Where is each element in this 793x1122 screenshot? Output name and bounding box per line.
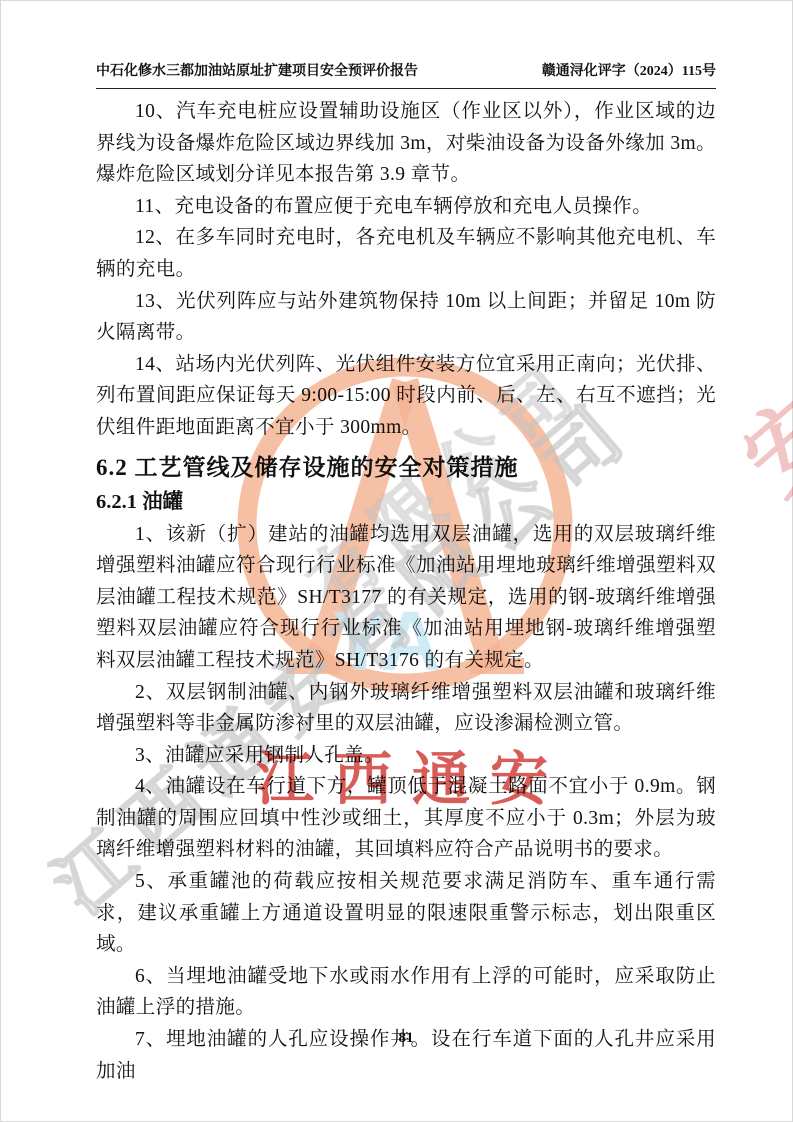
paragraph-item-12: 12、在多车同时充电时，各充电机及车辆应不影响其他充电机、车辆的充电。 <box>96 222 716 285</box>
page-body: 10、汽车充电桩应设置辅助设施区（作业区以外），作业区域的边界线为设备爆炸危险区… <box>96 96 716 1087</box>
paragraph-tank-2: 2、双层钢制油罐、内钢外玻璃纤维增强塑料双层油罐和玻璃纤维增强塑料等非金属防渗衬… <box>96 677 716 740</box>
paragraph-tank-6: 6、当埋地油罐受地下水或雨水作用有上浮的可能时，应采取防止油罐上浮的措施。 <box>96 961 716 1024</box>
section-heading-6-2: 6.2 工艺管线及储存设施的安全对策措施 <box>96 451 716 485</box>
paragraph-item-13: 13、光伏列阵应与站外建筑物保持 10m 以上间距；并留足 10m 防火隔离带。 <box>96 286 716 349</box>
edge-red-watermark-fragment: 安 <box>710 358 793 518</box>
report-page: 中石化修水三都加油站原址扩建项目安全预评价报告 赣通浔化评字（2024）115号… <box>0 0 793 1122</box>
paragraph-item-14: 14、站场内光伏列阵、光伏组件安装方位宜采用正南向；光伏排、列布置间距应保证每天… <box>96 349 716 444</box>
page-header: 中石化修水三都加油站原址扩建项目安全预评价报告 赣通浔化评字（2024）115号 <box>96 60 716 89</box>
header-doc-number: 赣通浔化评字（2024）115号 <box>542 60 716 80</box>
paragraph-tank-4: 4、油罐设在车行道下方，罐顶低于混凝土路面不宜小于 0.9m。钢制油罐的周围应回… <box>96 771 716 866</box>
page-number: 81 <box>96 1030 716 1047</box>
header-report-title: 中石化修水三都加油站原址扩建项目安全预评价报告 <box>96 60 418 80</box>
paragraph-tank-1: 1、该新（扩）建站的油罐均选用双层油罐，选用的双层玻璃纤维增强塑料油罐应符合现行… <box>96 519 716 677</box>
paragraph-tank-3: 3、油罐应采用钢制人孔盖。 <box>96 740 716 772</box>
paragraph-tank-5: 5、承重罐池的荷载应按相关规范要求满足消防车、重车通行需求，建议承重罐上方通道设… <box>96 866 716 961</box>
subsection-heading-6-2-1: 6.2.1 油罐 <box>96 487 716 517</box>
paragraph-item-10: 10、汽车充电桩应设置辅助设施区（作业区以外），作业区域的边界线为设备爆炸危险区… <box>96 96 716 191</box>
paragraph-item-11: 11、充电设备的布置应便于充电车辆停放和充电人员操作。 <box>96 191 716 223</box>
